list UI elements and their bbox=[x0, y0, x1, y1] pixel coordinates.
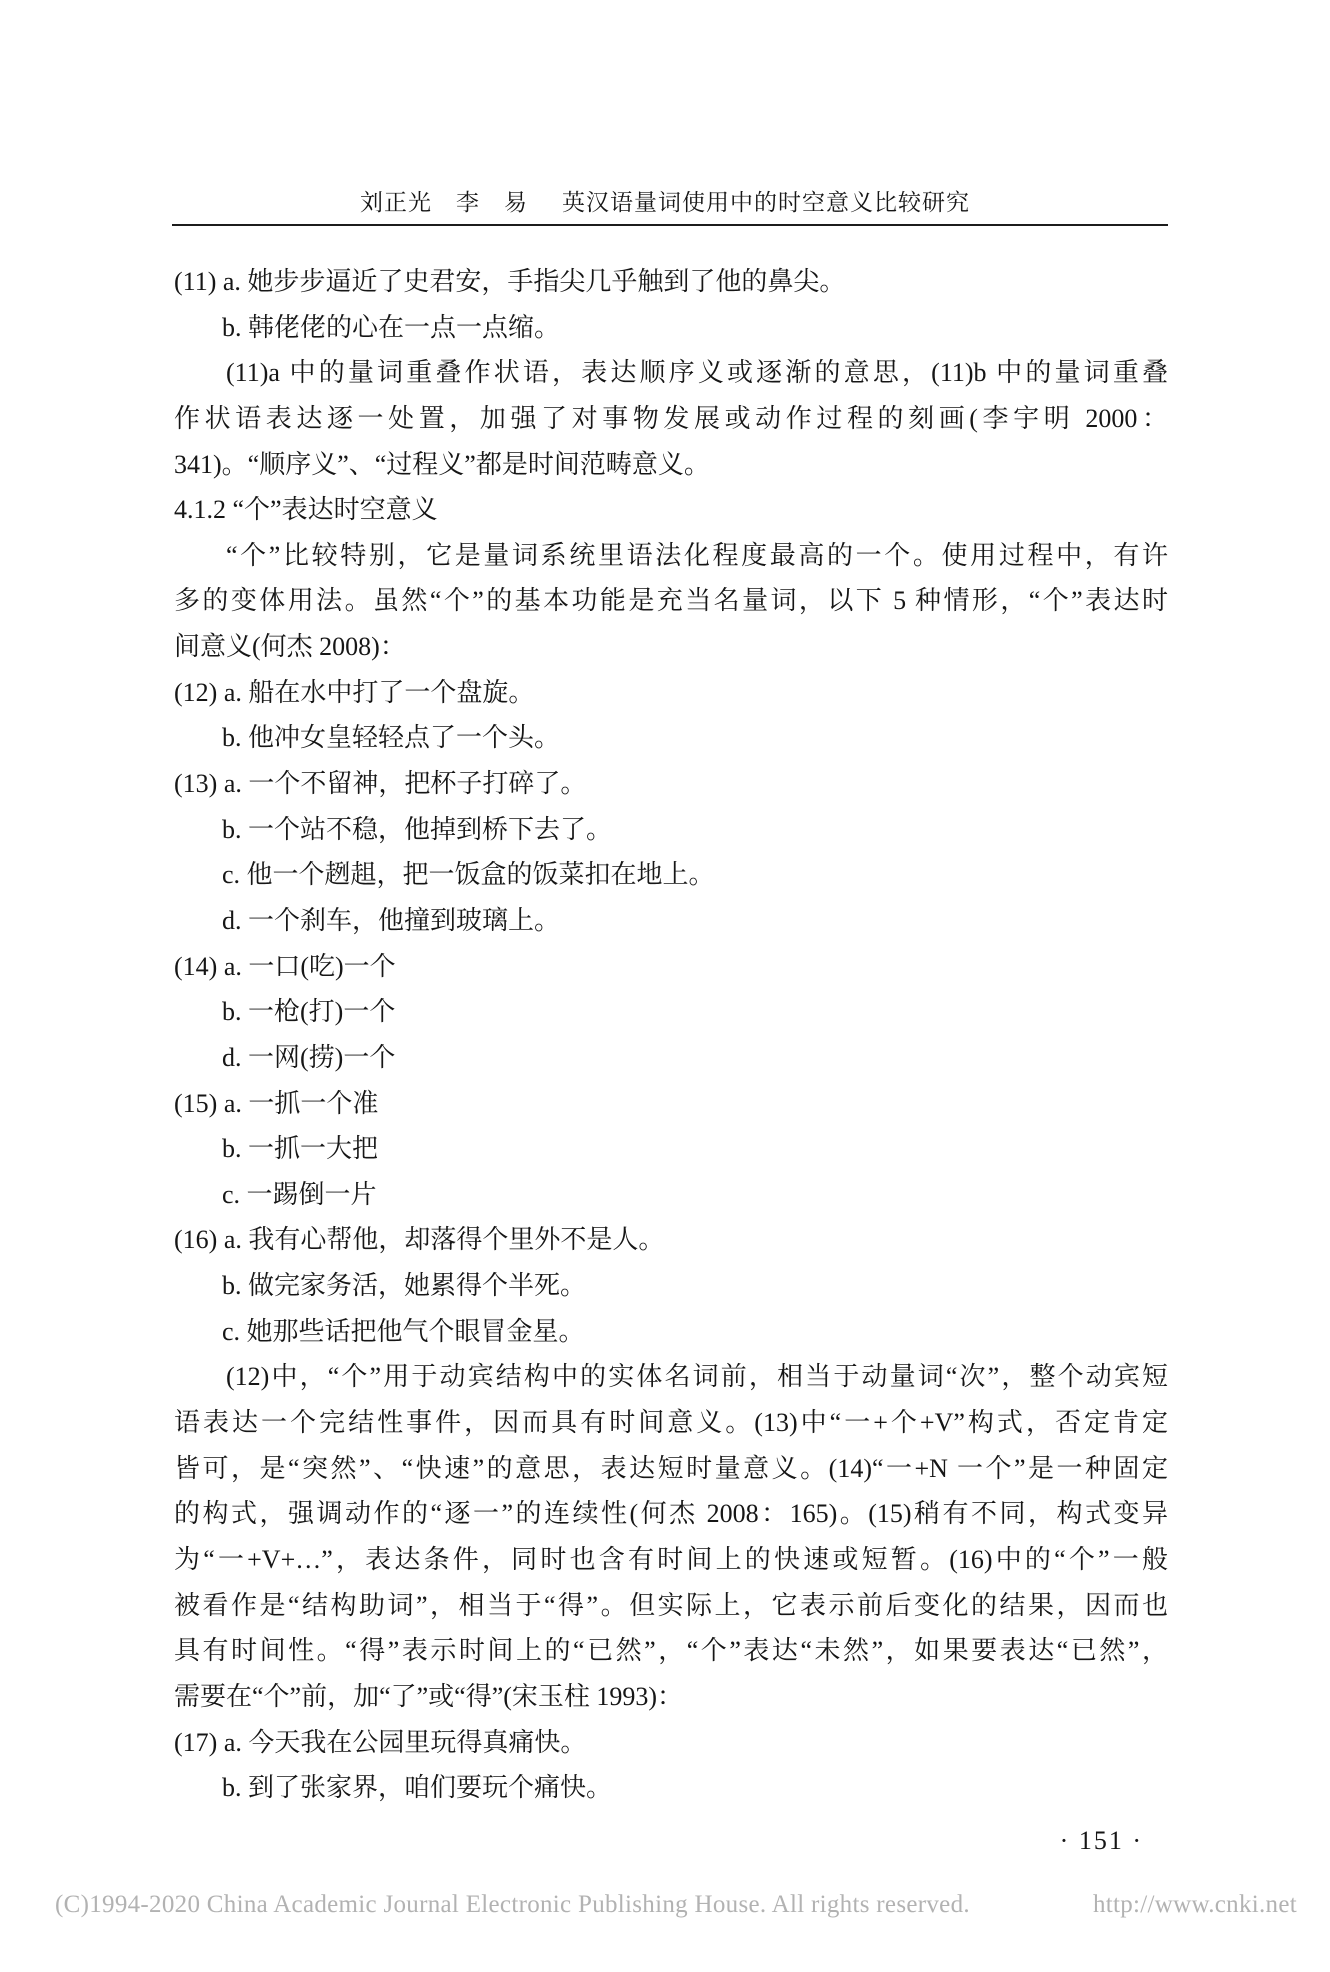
text-line: (12) a. 船在水中打了一个盘旋。 bbox=[174, 670, 1168, 716]
text-line: (11)a 中的量词重叠作状语，表达顺序义或逐渐的意思，(11)b 中的量词重叠 bbox=[174, 350, 1168, 396]
text-line: “个”比较特别，它是量词系统里语法化程度最高的一个。使用过程中，有许 bbox=[174, 533, 1168, 579]
text-line: b. 他冲女皇轻轻点了一个头。 bbox=[174, 715, 1168, 761]
header-authors: 刘正光 李 易 bbox=[360, 190, 528, 215]
text-line: 具有时间性。“得”表示时间上的“已然”，“个”表达“未然”，如果要表达“已然”， bbox=[174, 1628, 1168, 1674]
text-line: 语表达一个完结性事件，因而具有时间意义。(13)中“一+个+V”构式，否定肯定 bbox=[174, 1400, 1168, 1446]
text-line: (11) a. 她步步逼近了史君安，手指尖几乎触到了他的鼻尖。 bbox=[174, 259, 1168, 305]
text-line: b. 做完家务活，她累得个半死。 bbox=[174, 1263, 1168, 1309]
text-line: 需要在“个”前，加“了”或“得”(宋玉柱 1993)： bbox=[174, 1674, 1168, 1720]
text-line: 间意义(何杰 2008)： bbox=[174, 624, 1168, 670]
article-body: (11) a. 她步步逼近了史君安，手指尖几乎触到了他的鼻尖。b. 韩佬佬的心在… bbox=[174, 259, 1168, 1811]
header-rule bbox=[172, 224, 1168, 226]
text-line: (12)中，“个”用于动宾结构中的实体名词前，相当于动量词“次”，整个动宾短 bbox=[174, 1354, 1168, 1400]
text-line: (17) a. 今天我在公园里玩得真痛快。 bbox=[174, 1720, 1168, 1766]
page-number: · 151 · bbox=[174, 1826, 1143, 1856]
text-line: d. 一网(捞)一个 bbox=[174, 1035, 1168, 1081]
text-line: b. 一抓一大把 bbox=[174, 1126, 1168, 1172]
document-page: 刘正光 李 易英汉语量词使用中的时空意义比较研究 (11) a. 她步步逼近了史… bbox=[0, 0, 1330, 1972]
text-line: 皆可，是“突然”、“快速”的意思，表达短时量意义。(14)“一+N 一个”是一种… bbox=[174, 1446, 1168, 1492]
text-line: b. 一枪(打)一个 bbox=[174, 989, 1168, 1035]
text-line: 4.1.2 “个”表达时空意义 bbox=[174, 487, 1168, 533]
text-line: (16) a. 我有心帮他，却落得个里外不是人。 bbox=[174, 1217, 1168, 1263]
footer-copyright: (C)1994-2020 China Academic Journal Elec… bbox=[55, 1890, 970, 1920]
text-line: d. 一个刹车，他撞到玻璃上。 bbox=[174, 898, 1168, 944]
text-line: (14) a. 一口(吃)一个 bbox=[174, 944, 1168, 990]
text-line: c. 一踢倒一片 bbox=[174, 1172, 1168, 1218]
text-line: 341)。“顺序义”、“过程义”都是时间范畴意义。 bbox=[174, 442, 1168, 488]
text-line: 作状语表达逐一处置，加强了对事物发展或动作过程的刻画(李宇明 2000： bbox=[174, 396, 1168, 442]
page-footer: (C)1994-2020 China Academic Journal Elec… bbox=[55, 1890, 1297, 1920]
text-line: c. 她那些话把他气个眼冒金星。 bbox=[174, 1309, 1168, 1355]
text-line: (15) a. 一抓一个准 bbox=[174, 1081, 1168, 1127]
text-line: 多的变体用法。虽然“个”的基本功能是充当名量词，以下 5 种情形，“个”表达时 bbox=[174, 578, 1168, 624]
text-line: 被看作是“结构助词”，相当于“得”。但实际上，它表示前后变化的结果，因而也 bbox=[174, 1583, 1168, 1629]
text-line: 为“一+V+…”，表达条件，同时也含有时间上的快速或短暂。(16)中的“个”一般 bbox=[174, 1537, 1168, 1583]
running-head: 刘正光 李 易英汉语量词使用中的时空意义比较研究 bbox=[0, 184, 1330, 217]
footer-url: http://www.cnki.net bbox=[1093, 1890, 1297, 1920]
text-line: 的构式，强调动作的“逐一”的连续性(何杰 2008：165)。(15)稍有不同，… bbox=[174, 1491, 1168, 1537]
header-title: 英汉语量词使用中的时空意义比较研究 bbox=[562, 190, 970, 215]
text-line: b. 韩佬佬的心在一点一点缩。 bbox=[174, 305, 1168, 351]
text-line: c. 他一个趔趄，把一饭盒的饭菜扣在地上。 bbox=[174, 852, 1168, 898]
text-line: (13) a. 一个不留神，把杯子打碎了。 bbox=[174, 761, 1168, 807]
text-line: b. 到了张家界，咱们要玩个痛快。 bbox=[174, 1765, 1168, 1811]
text-line: b. 一个站不稳，他掉到桥下去了。 bbox=[174, 807, 1168, 853]
